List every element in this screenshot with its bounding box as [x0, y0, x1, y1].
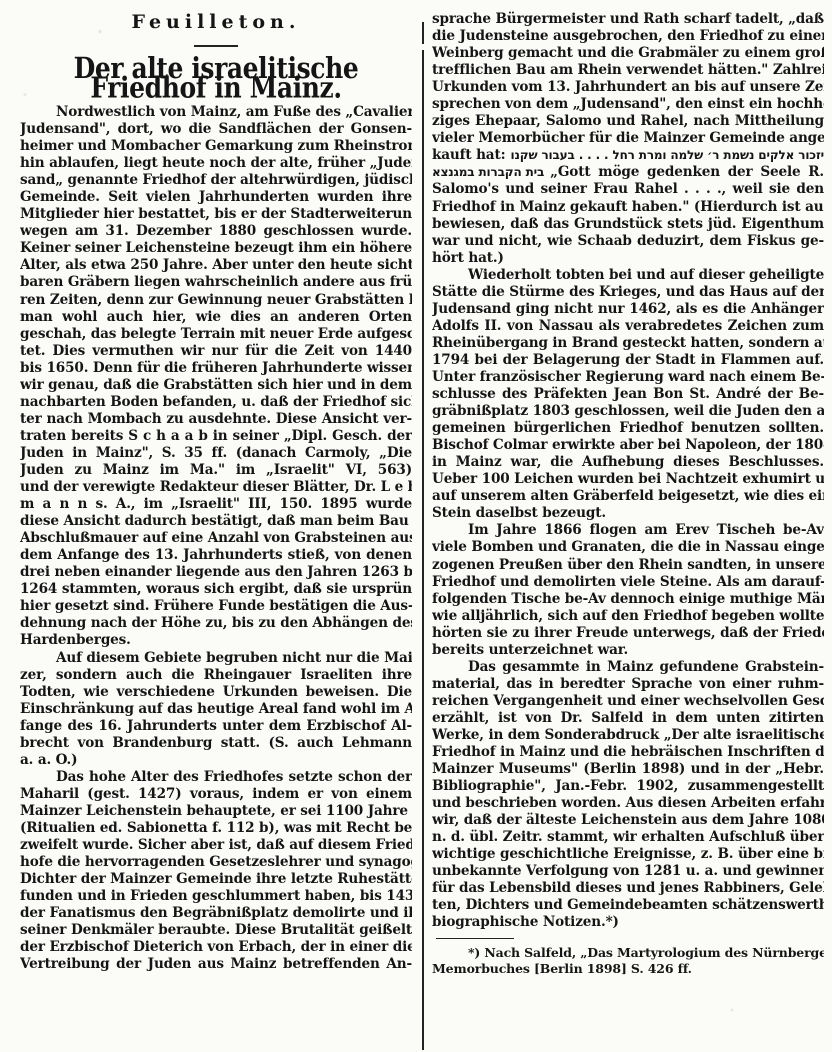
text-line: Unter französischer Regierung ward nach …: [432, 369, 824, 386]
text-line: dem Anfange des 13. Jahrhunderts stieß, …: [20, 547, 412, 564]
text-line: viele Bomben und Granaten, die die in Na…: [432, 539, 824, 556]
text-line: Hardenberges.: [20, 632, 412, 649]
text-line: Keiner seiner Leichensteine bezeugt ihm …: [20, 240, 412, 257]
text-line: gemeinen bürgerlichen Friedhof benutzen …: [432, 420, 824, 437]
text-line-with-hebrew: בית הקברות במגנצא „Gott möge gedenken de…: [432, 164, 824, 181]
text-line: Einschränkung auf das heutige Areal fand…: [20, 701, 412, 718]
text-line: Todten, wie verschiedene Urkunden beweis…: [20, 684, 412, 701]
section-title: Feuilleton.: [20, 14, 412, 36]
hebrew-inscription-line-2: בית הקברות במגנצא: [432, 164, 544, 181]
text-line: funden und in Frieden geschlummert haben…: [20, 888, 412, 905]
text-line: traten bereits S c h a a b in seiner „Di…: [20, 428, 412, 445]
text-line: unbekannte Verfolgung von 1281 u. a. und…: [432, 863, 824, 880]
text-line: Abschlußmauer auf eine Anzahl von Grabst…: [20, 530, 412, 547]
text-fragment: „Gott möge gedenken der Seele R.: [544, 164, 824, 181]
right-column: sprache Bürgermeister und Rath scharf ta…: [432, 0, 824, 977]
text-line: Mitglieder hier bestattet, bis er der St…: [20, 206, 412, 223]
text-line: Auf diesem Gebiete begruben nicht nur di…: [20, 650, 412, 667]
text-line: wir, daß der älteste Leichenstein aus de…: [432, 812, 824, 829]
text-line: Weinberg gemacht und die Grabmäler zu ei…: [432, 45, 824, 62]
text-line: Maharil (gest. 1427) voraus, indem er vo…: [20, 786, 412, 803]
footnote-rule: [436, 938, 514, 940]
text-line: Judensand", dort, wo die Sandflächen der…: [20, 121, 412, 138]
text-line: Nordwestlich von Mainz, am Fuße des „Cav…: [20, 104, 412, 121]
newspaper-page: Feuilleton. Der alte israelitische Fried…: [0, 0, 832, 1052]
text-line: sand„ genannte Friedhof der altehrwürdig…: [20, 172, 412, 189]
text-line: wegen am 31. Dezember 1880 geschlossen w…: [20, 223, 412, 240]
text-line: Bibliographie", Jan.-Febr. 1902, zusamme…: [432, 778, 824, 795]
text-line: auf unserem alten Gräberfeld beigesetzt,…: [432, 488, 824, 505]
text-line: erzählt, ist von Dr. Salfeld in dem unte…: [432, 710, 824, 727]
text-line: folgenden Tische be-Av dennoch einige mu…: [432, 591, 824, 608]
text-line: in Mainz war, die Aufhebung dieses Besch…: [432, 454, 824, 471]
text-line: und beschrieben worden. Aus diesen Arbei…: [432, 795, 824, 812]
text-line: hofe die hervorragenden Gesetzeslehrer u…: [20, 854, 412, 871]
text-line: ren Zeiten, denn zur Gewinnung neuer Gra…: [20, 292, 412, 309]
text-line: Judensand ging nicht nur 1462, als es di…: [432, 301, 824, 318]
text-line: 1264 stammten, woraus sich ergibt, daß s…: [20, 581, 412, 598]
text-line-with-hebrew: kauft hat: יזכור אלקים נשמת ר׳ שלמה ומרת…: [432, 147, 824, 164]
text-line: Dichter der Mainzer Gemeinde ihre letzte…: [20, 871, 412, 888]
text-line: Friedhof und demolirten viele Steine. Al…: [432, 574, 824, 591]
footnote-line: *) Nach Salfeld, „Das Martyrologium des …: [432, 945, 824, 961]
text-line: wie alljährlich, sich auf den Friedhof b…: [432, 608, 824, 625]
text-line: Das hohe Alter des Friedhofes setzte sch…: [20, 769, 412, 786]
text-line: Mainzer Museums" (Berlin 1898) und in de…: [432, 761, 824, 778]
text-line: baren Gräbern liegen wahrscheinlich ande…: [20, 274, 412, 291]
text-line: Salomo's und seiner Frau Rahel . . . ., …: [432, 181, 824, 198]
text-line: ziges Ehepaar, Salomo und Rahel, nach Mi…: [432, 113, 824, 130]
text-line: bereits unterzeichnet war.: [432, 642, 824, 659]
text-line: hin ablaufen, liegt heute noch der alte,…: [20, 155, 412, 172]
text-line: 1794 bei der Belagerung der Stadt in Fla…: [432, 352, 824, 369]
text-line: man wohl auch hier, wie dies an anderen …: [20, 309, 412, 326]
text-line: geschah, das belegte Terrain mit neuer E…: [20, 326, 412, 343]
text-line: hört hat.): [432, 250, 824, 267]
text-line: (Ritualien ed. Sabionetta f. 112 b), was…: [20, 820, 412, 837]
article-title: Der alte israelitische Friedhof in Mainz…: [20, 59, 412, 96]
text-line: Mainzer Leichenstein behauptete, er sei …: [20, 803, 412, 820]
text-line: Adolfs II. von Nassau als verabredetes Z…: [432, 318, 824, 335]
text-line: der Erzbischof Dieterich von Erbach, der…: [20, 939, 412, 956]
footnote-line: Memorbuches [Berlin 1898] S. 426 ff.: [432, 961, 824, 977]
text-line: der Fanatismus den Begräbnißplatz demoli…: [20, 905, 412, 922]
text-line: Friedhof in Mainz und die hebräischen In…: [432, 744, 824, 761]
text-line: Bischof Colmar erwirkte aber bei Napoleo…: [432, 437, 824, 454]
left-column-body: Nordwestlich von Mainz, am Fuße des „Cav…: [20, 104, 412, 973]
text-line: bewiesen, daß das Grundstück stets jüd. …: [432, 216, 824, 233]
text-line: tet. Dies vermuthen wir nur für die Zeit…: [20, 343, 412, 360]
text-line: dehnung nach der Höhe zu, bis zu den Abh…: [20, 615, 412, 632]
text-line: Alter, als etwa 250 Jahre. Aber unter de…: [20, 257, 412, 274]
text-line: drei neben einander liegende aus den Jah…: [20, 564, 412, 581]
text-line: heimer und Mombacher Gemarkung zum Rhein…: [20, 138, 412, 155]
hebrew-inscription-line-1: יזכור אלקים נשמת ר׳ שלמה ומרת רחל . . . …: [511, 147, 824, 164]
text-line: Rheinübergang in Brand gesteckt hatten, …: [432, 335, 824, 352]
text-line: Werke, in dem Sonderabdruck „Der alte is…: [432, 727, 824, 744]
text-line: zweifelt wurde. Sicher aber ist, daß auf…: [20, 837, 412, 854]
text-line: Wiederholt tobten bei und auf dieser geh…: [432, 267, 824, 284]
text-line: nachbarten Boden befanden, u. daß der Fr…: [20, 394, 412, 411]
title-rule: [194, 45, 238, 47]
text-line: ter nach Mombach zu ausdehnte. Diese Ans…: [20, 411, 412, 428]
text-line: wir genau, daß die Grabstätten sich hier…: [20, 377, 412, 394]
text-line: hörten sie zu ihrer Freude unterwegs, da…: [432, 625, 824, 642]
text-line: Im Jahre 1866 flogen am Erev Tischeh be-…: [432, 522, 824, 539]
text-line: diese Ansicht dadurch bestätigt, daß man…: [20, 513, 412, 530]
left-column: Feuilleton. Der alte israelitische Fried…: [20, 0, 412, 973]
text-line: Urkunden vom 13. Jahrhundert an bis auf …: [432, 79, 824, 96]
text-line: brecht von Brandenburg statt. (S. auch L…: [20, 735, 412, 752]
column-divider-top: [422, 22, 424, 44]
text-line: bis 1650. Denn für die früheren Jahrhund…: [20, 360, 412, 377]
text-line: und der verewigte Redakteur dieser Blätt…: [20, 479, 412, 496]
text-line: Friedhof in Mainz gekauft haben." (Hierd…: [432, 199, 824, 216]
text-line: Das gesammte in Mainz gefundene Grabstei…: [432, 659, 824, 676]
text-line: trefflichen Bau am Rhein verwendet hätte…: [432, 62, 824, 79]
text-line: seiner Denkmäler beraubte. Diese Brutali…: [20, 922, 412, 939]
text-line: Juden zu Mainz im Ma." im „Israelit" VI,…: [20, 462, 412, 479]
text-line: schlusse des Präfekten Jean Bon St. Andr…: [432, 386, 824, 403]
text-line: Stätte die Stürme des Krieges, und das H…: [432, 284, 824, 301]
text-line: die Judensteine ausgebrochen, den Friedh…: [432, 28, 824, 45]
text-line: Juden in Mainz", S. 35 ff. (danach Carmo…: [20, 445, 412, 462]
text-line: hier gesetzt sind. Frühere Funde bestäti…: [20, 598, 412, 615]
text-line: reichen Vergangenheit und einer wechselv…: [432, 693, 824, 710]
text-line: biographische Notizen.*): [432, 914, 824, 931]
text-line: m a n n s. A., im „Israelit" III, 150. 1…: [20, 496, 412, 513]
text-line: zogenen Preußen über den Rhein sandten, …: [432, 557, 824, 574]
text-line: Stein daselbst bezeugt.: [432, 505, 824, 522]
text-line: fange des 16. Jahrunderts unter dem Erzb…: [20, 718, 412, 735]
text-line: Gemeinde. Seit vielen Jahrhunderten wurd…: [20, 189, 412, 206]
column-divider: [422, 50, 424, 1050]
text-line: zer, sondern auch die Rheingauer Israeli…: [20, 667, 412, 684]
text-line: für das Lebensbild dieses und jenes Rabb…: [432, 880, 824, 897]
text-line: material, das in beredter Sprache von ei…: [432, 676, 824, 693]
text-line: sprechen von dem „Judensand", den einst …: [432, 96, 824, 113]
footnote: *) Nach Salfeld, „Das Martyrologium des …: [432, 945, 824, 977]
text-line: sprache Bürgermeister und Rath scharf ta…: [432, 11, 824, 28]
text-line: a. a. O.): [20, 752, 412, 769]
text-line: ten, Dichters und Gemeindebeamten schätz…: [432, 897, 824, 914]
text-line: Vertreibung der Juden aus Mainz betreffe…: [20, 956, 412, 973]
text-line: vieler Memorbücher für die Mainzer Gemei…: [432, 130, 824, 147]
text-line: Ueber 100 Leichen wurden bei Nachtzeit e…: [432, 471, 824, 488]
text-fragment: kauft hat:: [432, 147, 505, 164]
text-line: n. d. übl. Zeitr. stammt, wir erhalten A…: [432, 829, 824, 846]
text-line: gräbnißplatz 1803 geschlossen, weil die …: [432, 403, 824, 420]
text-line: wichtige geschichtliche Ereignisse, z. B…: [432, 846, 824, 863]
text-line: war und nicht, wie Schaab deduzirt, dem …: [432, 233, 824, 250]
